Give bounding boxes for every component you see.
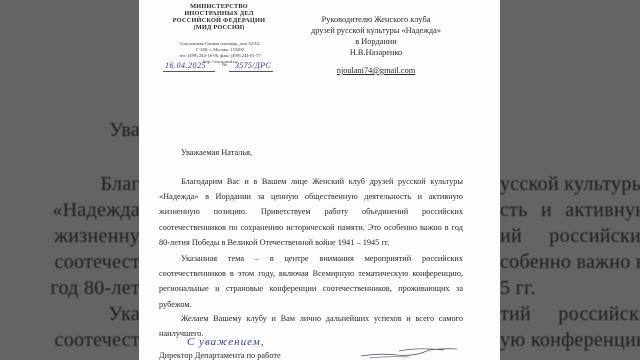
bg-text-fragment: усской культуры	[500, 173, 640, 196]
ministry-line: РОССИЙСКОЙ ФЕДЕРАЦИИ	[159, 17, 279, 24]
number-label: №	[222, 63, 227, 68]
paragraph-text: Указанная тема – в центре внимания мероп…	[159, 251, 463, 312]
bg-text-fragment: Благ	[101, 173, 140, 196]
letter-paragraph: Благодарим Вас и в Вашем лице Женский кл…	[159, 174, 463, 250]
registration-line: 16.04.2025 № 3575/ДРС	[163, 61, 273, 73]
ministry-line: ИНОСТРАННЫХ ДЕЛ	[159, 10, 279, 17]
letter-paragraph: Указанная тема – в центре внимания мероп…	[159, 251, 463, 312]
number-underline	[229, 71, 273, 72]
recipient-line: друзей русской культуры «Надежда»	[291, 25, 461, 36]
date-underline	[163, 71, 215, 72]
handwritten-closing: С уважением,	[187, 336, 264, 348]
bg-text-fragment: «Надежда	[52, 199, 140, 222]
ministry-line: (МИД РОССИИ)	[159, 24, 279, 31]
bg-text-fragment: Ува	[109, 119, 140, 142]
letter-number: 3575/ДРС	[235, 61, 271, 70]
letter-page: МИНИСТЕРСТВО ИНОСТРАННЫХ ДЕЛ РОССИЙСКОЙ …	[139, 0, 500, 360]
letter-date: 16.04.2025	[165, 61, 206, 70]
ministry-line: МИНИСТЕРСТВО	[159, 3, 279, 10]
bg-text-fragment: сть и активную	[500, 199, 640, 222]
paragraph-text: Благодарим Вас и в Вашем лице Женский кл…	[159, 174, 463, 250]
bg-text-fragment: год 80-лет	[50, 277, 140, 300]
recipient-line: в Иордании	[291, 36, 461, 47]
recipient-line: Н.В.Назаренко	[291, 47, 461, 58]
bg-text-fragment: ую конференцию,	[500, 329, 640, 352]
signer-title: Директор Департамента по работе	[159, 351, 281, 360]
signature-icon	[359, 344, 459, 360]
letter-greeting: Уважаемая Наталья,	[181, 148, 252, 157]
bg-text-fragment: соотечест	[55, 329, 140, 352]
bg-text-fragment: ий российских	[500, 225, 640, 248]
bg-text-fragment: жизненну	[54, 225, 140, 248]
recipient-block: Руководителю Женского клуба друзей русск…	[291, 14, 461, 58]
bg-text-fragment: Ука	[108, 303, 140, 326]
ministry-letterhead: МИНИСТЕРСТВО ИНОСТРАННЫХ ДЕЛ РОССИЙСКОЙ …	[159, 3, 279, 31]
bg-text-fragment: соотечест	[55, 251, 140, 274]
bg-text-fragment: 5 гг.	[500, 277, 536, 300]
bg-text-fragment: собенно важно в	[500, 251, 640, 274]
recipient-line: Руководителю Женского клуба	[291, 14, 461, 25]
recipient-email: njoulani74@gmail.com	[291, 66, 461, 75]
bg-text-fragment: тий российских	[500, 303, 640, 326]
